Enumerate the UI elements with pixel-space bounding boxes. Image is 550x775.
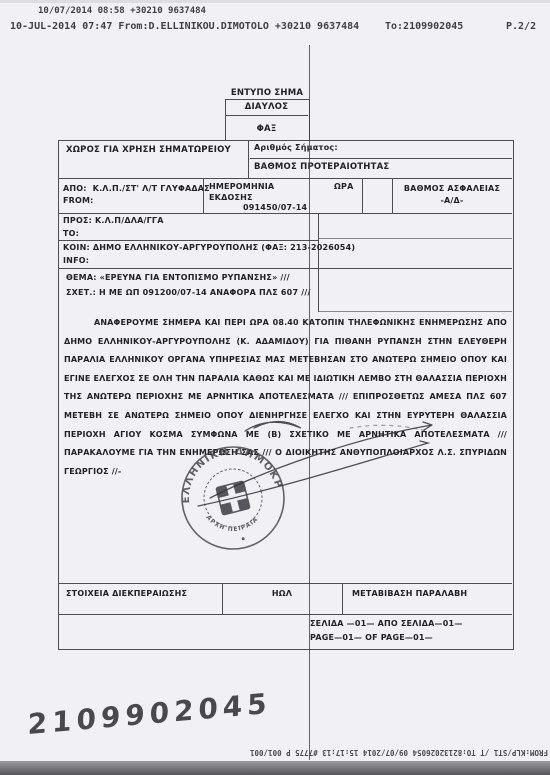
subject-label: ΘΕΜΑ: (66, 273, 97, 282)
channel-value: ΦΑΞ (225, 124, 308, 134)
subject-value: «ΕΡΕΥΝΑ ΓΙΑ ΕΝΤΟΠΙΣΜΟ ΡΥΠΑΝΣΗΣ» /// (100, 273, 290, 282)
info-row: ΚΟΙΝ: ΔΗΜΟ ΕΛΛΗΝΙΚΟΥ-ΑΡΓΥΡΟΥΠΟΛΗΣ (ΦΑΞ: … (63, 243, 355, 252)
subject-row: ΘΕΜΑ: «ΕΡΕΥΝΑ ΓΙΑ ΕΝΤΟΠΙΣΜΟ ΡΥΠΑΝΣΗΣ» //… (66, 273, 290, 282)
fax-timestamp-line: 10/07/2014 08:58 +30210 9637484 (38, 6, 206, 16)
issue-label: ΕΚΔΟΣΗΣ (209, 193, 253, 202)
grid-line (318, 213, 319, 312)
scan-bottom-edge (0, 761, 550, 775)
from-value: Κ.Λ.Π./ΣΤ' Λ/Τ ΓΛΥΦΑΔΑΣ (93, 184, 210, 193)
from-label-el: ΑΠΟ: (63, 184, 87, 193)
fax-to-number: To:2109902045 (385, 21, 463, 32)
transmission-receipt-header: ΜΕΤΑΒΙΒΑΣΗ ΠΑΡΑΛΑΒΗ (352, 589, 467, 598)
security-label: ΒΑΘΜΟΣ ΑΣΦΑΛΕΙΑΣ (392, 184, 512, 193)
page-count-en: PAGE—01— OF PAGE—01— (310, 633, 433, 642)
security-value: -Α/Δ- (392, 196, 512, 205)
info-label-en: INFO: (63, 256, 89, 265)
scanned-fax-page: { "fax_header": { "line1": "10/07/2014 0… (0, 0, 550, 775)
grid-line (58, 268, 512, 269)
reference-label: ΣΧΕΤ.: (66, 288, 96, 297)
page-count-el: ΣΕΛΙΔΑ —01— ΑΠΟ ΣΕΛΙΔΑ—01— (310, 619, 462, 628)
grid-line (58, 240, 318, 241)
issue-datetime-value: 091450/07-14 (243, 203, 307, 212)
grid-line (318, 311, 512, 312)
date-label: ΗΜΕΡΟΜΗΝΙΑ (209, 182, 274, 191)
from-label-en: FROM: (63, 196, 94, 205)
time-label: ΩΡΑ (334, 182, 353, 191)
form-title: ΕΝΤΥΠΟ ΣΗΜΑ (224, 88, 310, 98)
to-label-en: ΤΟ: (63, 229, 79, 238)
grid-line (362, 178, 363, 213)
grid-line (225, 115, 308, 116)
grid-line (58, 614, 512, 615)
inverted-fax-footer: FROM:KLP/ST1 /T TO:82132026054 09/07/201… (252, 748, 548, 757)
signal-number-label: Αριθμός Σήματος: (254, 143, 338, 152)
reference-value: Η ΜΕ ΩΠ 091200/07-14 ΑΝΑΦΟΡΑ ΠΛΣ 607 /// (99, 288, 311, 297)
grid-line (250, 158, 512, 159)
reference-row: ΣΧΕΤ.: Η ΜΕ ΩΠ 091200/07-14 ΑΝΑΦΟΡΑ ΠΛΣ … (66, 288, 311, 297)
dispatch-details-header: ΣΤΟΙΧΕΙΑ ΔΙΕΚΠΕΡΑΙΩΣΗΣ (66, 589, 187, 598)
grid-line (248, 140, 249, 178)
signature-scribble (170, 398, 470, 513)
info-value: ΔΗΜΟ ΕΛΛΗΝΙΚΟΥ-ΑΡΓΥΡΟΥΠΟΛΗΣ (ΦΑΞ: 213-20… (93, 243, 355, 252)
hol-header: ΗΩΛ (222, 589, 342, 598)
to-value: Κ.Λ.Π/ΔΛΑ/ΓΓΑ (95, 216, 164, 225)
grid-line (318, 238, 512, 239)
signal-office-label: ΧΩΡΟΣ ΓΙΑ ΧΡΗΣΗ ΣΗΜΑΤΩΡΕΙΟΥ (66, 145, 231, 155)
from-label: ΑΠΟ: Κ.Λ.Π./ΣΤ' Λ/Τ ΓΛΥΦΑΔΑΣ (63, 184, 210, 193)
grid-line (58, 583, 512, 584)
to-row: ΠΡΟΣ: Κ.Λ.Π/ΔΛΑ/ΓΓΑ (63, 216, 164, 225)
grid-line (342, 583, 343, 614)
handwritten-fax-number: 2109902045 (27, 687, 271, 742)
fax-page-indicator: P.2/2 (506, 21, 536, 32)
scan-top-edge (0, 0, 550, 3)
scan-artifact-line (309, 45, 310, 760)
priority-label: ΒΑΘΜΟΣ ΠΡΟΤΕΡΑΙΟΤΗΤΑΣ (254, 162, 389, 172)
to-label: ΠΡΟΣ: (63, 216, 92, 225)
grid-line (58, 213, 512, 214)
stamp-star-dot (241, 537, 245, 541)
channel-label: ΔΙΑΥΛΟΣ (225, 102, 308, 112)
info-label: ΚΟΙΝ: (63, 243, 90, 252)
grid-line (58, 178, 512, 179)
fax-from-line: 10-JUL-2014 07:47 From:D.ELLINIKOU.DIMOT… (10, 21, 359, 32)
grid-line (222, 583, 223, 614)
